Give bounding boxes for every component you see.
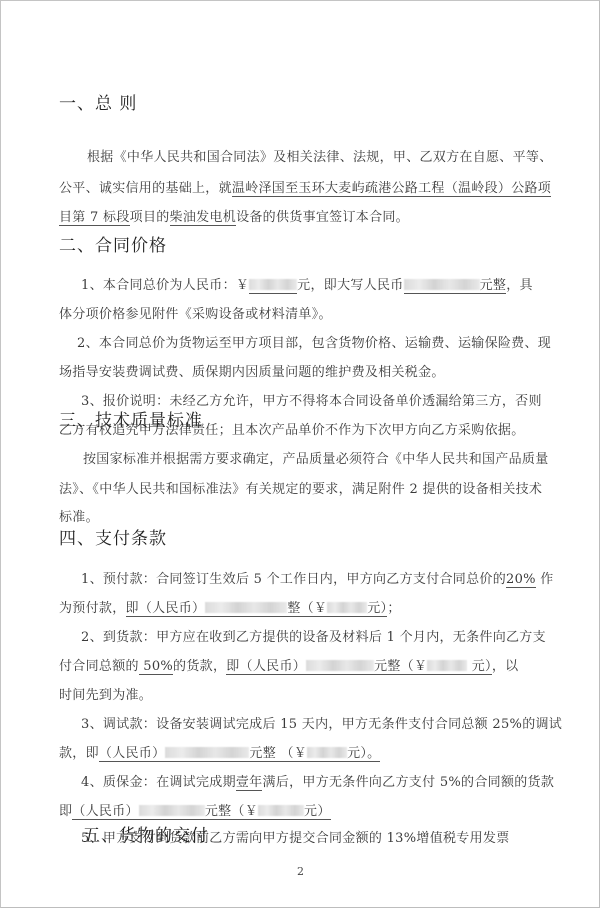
paragraph-line: 款，即（人民币）元整 （￥元）。 [59,742,380,761]
price-item-1: 1、本合同总价为人民币：￥元，即大写人民币元整，具 [81,274,533,293]
payment-item-3: 3、调试款：设备安装调试完成后 15 天内，甲方无条件支付合同总额 25%的调试 [81,713,562,732]
payment-item-1: 1、预付款：合同签订生效后 5 个工作日内，甲方向乙方支付合同总价的20% 作 [81,568,554,587]
paragraph-line: 公平、诚实信用的基础上，就温岭泽国至玉环大麦屿疏港公路工程（温岭段）公路项 [59,177,551,196]
paragraph-line: 目第 7 标段项目的柴油发电机设备的供货事宜签订本合同。 [59,206,409,225]
redacted-amount [249,278,297,294]
section-heading-payment-terms: 四、支付条款 [59,524,167,549]
redacted-amount: （人民币）元整（￥元） [72,804,330,820]
project-name: 温岭泽国至玉环大麦屿疏港公路工程（温岭段）公路项 [232,181,551,197]
paragraph-line: 体分项价格参见附件《采购设备或材料清单》。 [59,303,332,322]
section-heading-delivery: 五、货物的交付 [83,821,209,846]
section-number: 目第 7 标段 [59,210,130,226]
section-heading-contract-price: 二、合同价格 [59,231,167,256]
prepayment-percent: 20% [506,572,536,588]
paragraph-line: 根据《中华人民共和国合同法》及相关法律、法规，甲、乙双方在自愿、平等、 [87,146,553,165]
page-number: 2 [297,865,304,878]
paragraph-line: 标准。 [59,506,99,525]
paragraph-line: 按国家标准并根据需方要求确定，产品质量必须符合《中华人民共和国产品质量 [83,448,549,467]
redacted-amount: 即（人民币）整（￥元） [126,601,388,617]
payment-item-2: 2、到货款：甲方应在收到乙方提供的设备及材料后 1 个月内，无条件向乙方支 [81,626,546,645]
section-heading-technical-standard: 三、技术质量标准 [59,406,203,431]
redacted-amount-words: 元整 [404,278,507,294]
equipment-name: 柴油发电机 [170,210,237,226]
redacted-amount: （人民币）元整 （￥元）。 [99,746,381,762]
paragraph-line: 法》、《中华人民共和国标准法》有关规定的要求，满足附件 2 提供的设备相关技术 [59,478,542,497]
redacted-amount: 即（人民币）元整（￥ 元） [226,659,492,675]
payment-item-4: 4、质保金：在调试完成期壹年满后，甲方无条件向乙方支付 5%的合同额的货款 [81,771,554,790]
price-item-2: 2、本合同总价为货物运至甲方项目部，包含货物价格、运输费、运输保险费、现 [77,332,551,351]
paragraph-line: 为预付款，即（人民币）整（￥元）； [59,597,401,616]
paragraph-line: 场指导安装费调试费、质保期内因质量问题的维护费及相关税金。 [59,361,445,380]
section-heading-general: 一、总 则 [59,89,137,114]
paragraph-line: 即（人民币）元整（￥元） [59,800,331,819]
warranty-period: 壹年 [236,775,263,791]
delivery-payment-percent: 50% [139,659,173,675]
document-page: 一、总 则 根据《中华人民共和国合同法》及相关法律、法规，甲、乙双方在自愿、平等… [0,0,600,908]
paragraph-line: 付合同总额的 50%的货款，即（人民币）元整（￥ 元），以 [59,655,518,674]
paragraph-line: 时间先到为准。 [59,684,152,703]
